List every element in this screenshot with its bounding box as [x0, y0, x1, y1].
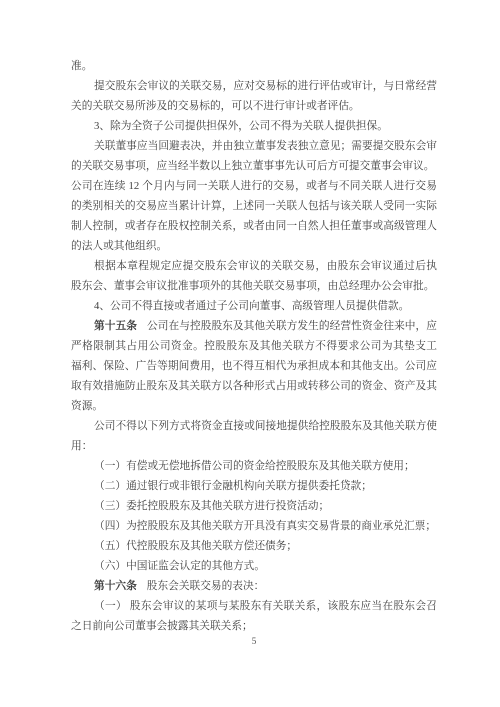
- text-line: 的关联交易事项，应当经半数以上独立董事事先认可后方可提交董事会审议。: [71, 156, 437, 176]
- text-line: 关的关联交易所涉及的交易标的，可以不进行审计或者评估。: [71, 96, 437, 116]
- text-line: 之日前向公司董事会披露其关联关系；: [71, 616, 437, 636]
- text-line: 福利、保险、广告等期间费用，也不得互相代为承担成本和其他支出。公司应采: [71, 356, 437, 376]
- text-line: 资源。: [71, 396, 437, 416]
- text-line: （三）委托控股股东及其他关联方进行投资活动；: [71, 496, 437, 516]
- document-lines: 准。提交股东会审议的关联交易，应对交易标的进行评估或审计，与日常经营相关的关联交…: [71, 56, 437, 636]
- text-line: 第十五条公司在与控股股东及其他关联方发生的经营性资金往来中，应当: [71, 316, 437, 336]
- text-line: 的法人或其他组织。: [71, 236, 437, 256]
- page-footer: 5: [71, 635, 437, 649]
- text-line: 第十六条股东会关联交易的表决：: [71, 576, 437, 596]
- text-line: 的类别相关的交易应当累计计算，上述同一关联人包括与该关联人受同一实际控: [71, 196, 437, 216]
- article-number: 第十五条: [94, 320, 137, 332]
- text-line: 关联董事应当回避表决，并由独立董事发表独立意见；需要提交股东会审议: [71, 136, 437, 156]
- line-text: 股东会关联交易的表决：: [147, 580, 265, 592]
- text-line: 根据本章程规定应提交股东会审议的关联交易，由股东会审议通过后执行，: [71, 256, 437, 276]
- text-line: （一）有偿或无偿地拆借公司的资金给控股股东及其他关联方使用；: [71, 456, 437, 476]
- text-line: 严格限制其占用公司资金。控股股东及其他关联方不得要求公司为其垫支工资、: [71, 336, 437, 356]
- text-line: 股东会、董事会审议批准事项外的其他关联交易事项，由总经理办公会审批。: [71, 276, 437, 296]
- text-line: （四）为控股股东及其他关联方开具没有真实交易背景的商业承兑汇票；: [71, 516, 437, 536]
- text-line: 准。: [71, 56, 437, 76]
- text-line: 用：: [71, 436, 437, 456]
- document-page: 准。提交股东会审议的关联交易，应对交易标的进行评估或审计，与日常经营相关的关联交…: [0, 0, 500, 707]
- text-line: 公司在连续 12 个月内与同一关联人进行的交易，或者与不同关联人进行交易标: [71, 176, 437, 196]
- text-line: 3、除为全资子公司提供担保外，公司不得为关联人提供担保。: [71, 116, 437, 136]
- text-line: 制人控制，或者存在股权控制关系，或者由同一自然人担任董事或高级管理人员: [71, 216, 437, 236]
- article-number: 第十六条: [94, 580, 137, 592]
- text-line: （五）代控股股东及其他关联方偿还债务；: [71, 536, 437, 556]
- text-line: 提交股东会审议的关联交易，应对交易标的进行评估或审计，与日常经营相: [71, 76, 437, 96]
- page-number: 5: [252, 637, 257, 647]
- text-line: 公司不得以下列方式将资金直接或间接地提供给控股股东及其他关联方使: [71, 416, 437, 436]
- text-line: （一） 股东会审议的某项与某股东有关联关系，该股东应当在股东会召开: [71, 596, 437, 616]
- text-line: 4、公司不得直接或者通过子公司向董事、高级管理人员提供借款。: [71, 296, 437, 316]
- text-line: 取有效措施防止股东及其关联方以各种形式占用或转移公司的资金、资产及其它: [71, 376, 437, 396]
- text-line: （二）通过银行或非银行金融机构向关联方提供委托贷款；: [71, 476, 437, 496]
- text-line: （六）中国证监会认定的其他方式。: [71, 556, 437, 576]
